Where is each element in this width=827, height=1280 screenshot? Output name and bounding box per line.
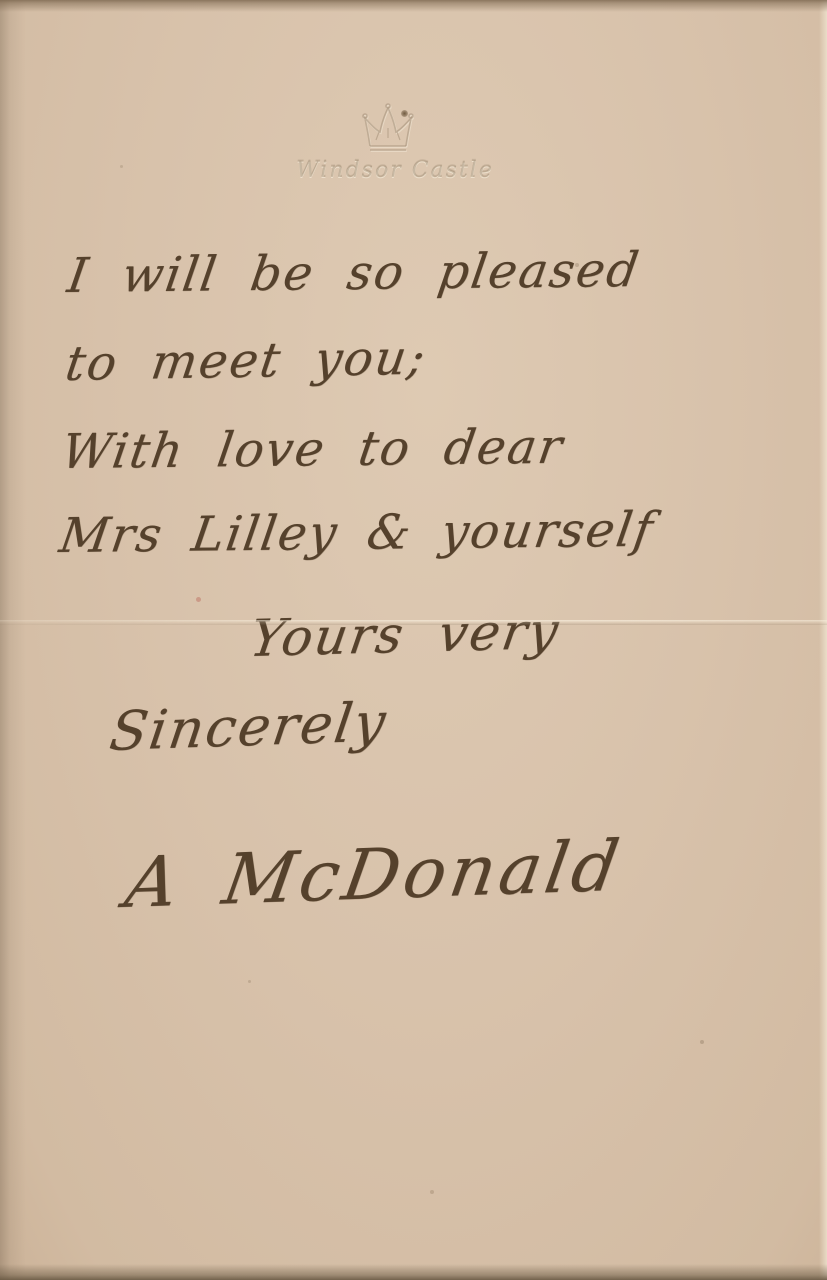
letter-line-2: to meet you; xyxy=(62,330,430,392)
letterhead-embossed-text: Windsor Castle xyxy=(0,158,790,183)
ink-spot xyxy=(401,110,408,117)
signature: A McDonald xyxy=(120,825,628,924)
fold-crease xyxy=(0,620,827,625)
paper-speck xyxy=(120,165,123,168)
letter-line-closing-2: Sincerely xyxy=(106,690,391,763)
letter-line-closing-1: Yours very xyxy=(246,602,564,669)
paper-speck xyxy=(196,597,201,602)
letter-line-1: I will be so pleased xyxy=(64,242,644,304)
letter-line-3: With love to dear xyxy=(58,419,568,480)
letter-line-4: Mrs Lilley & yourself xyxy=(56,502,658,564)
paper-speck xyxy=(430,1190,434,1194)
paper-speck xyxy=(575,263,579,267)
letter-page: Windsor Castle I will be so pleased to m… xyxy=(0,0,827,1280)
paper-speck xyxy=(248,980,251,983)
paper-speck xyxy=(700,1040,704,1044)
